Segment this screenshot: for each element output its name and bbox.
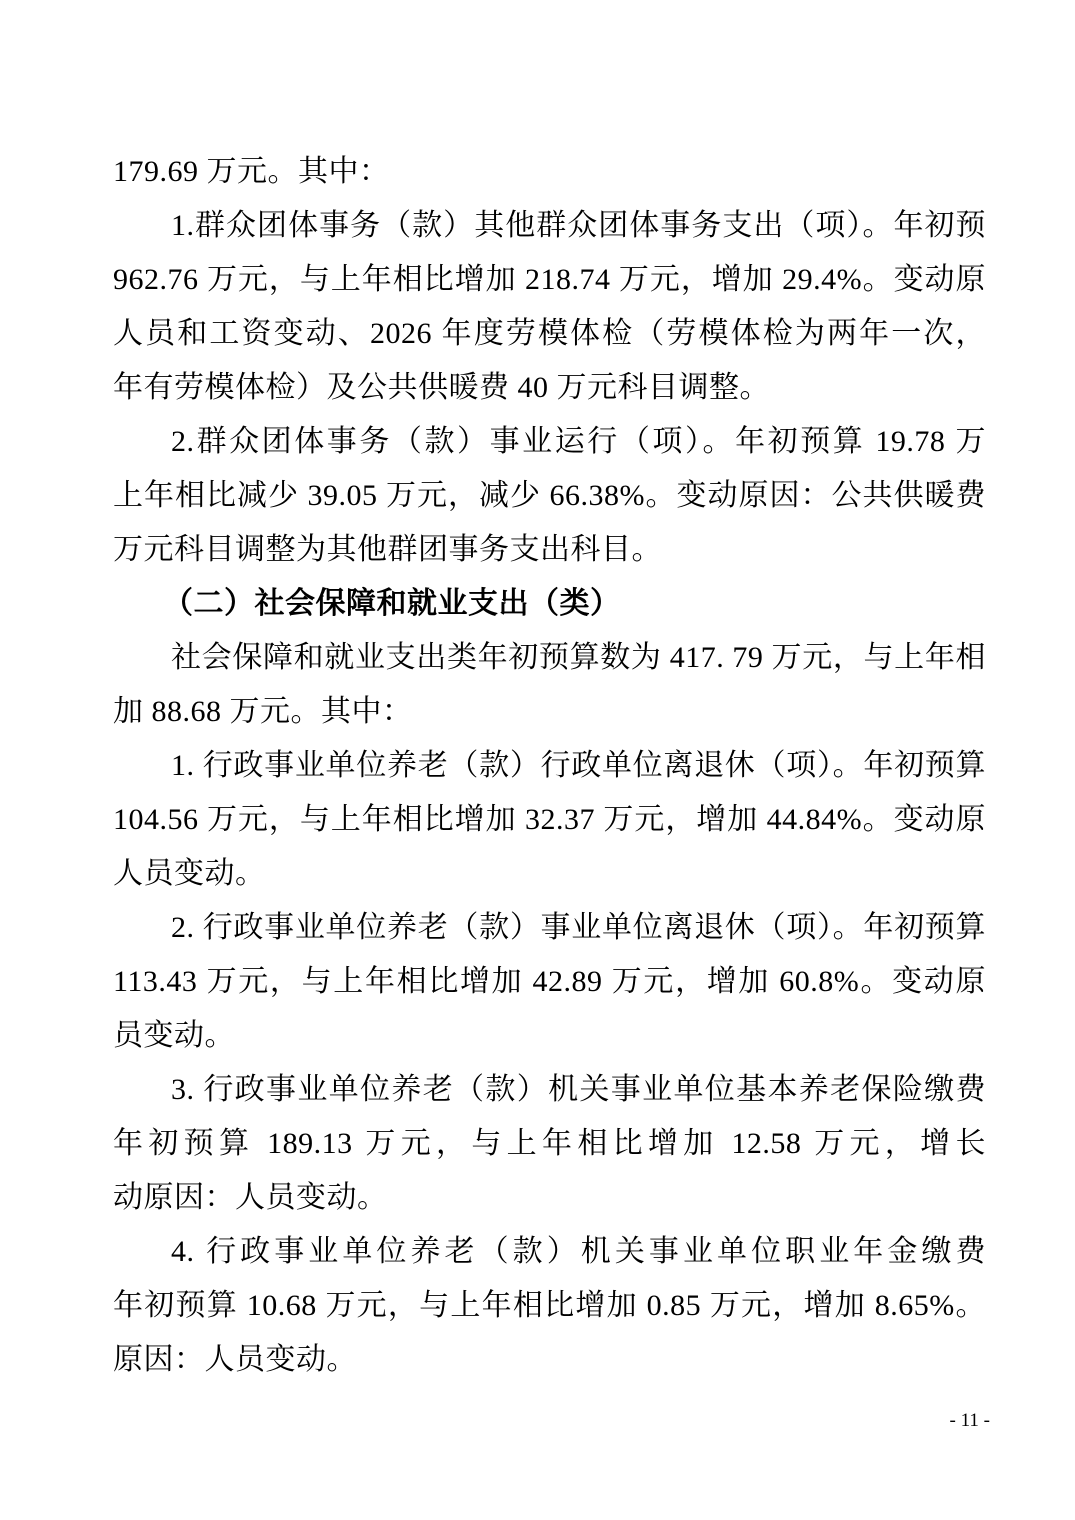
text-line: 万元科目调整为其他群团事务支出科目。 [113,523,986,577]
text-line: 104.56 万元，与上年相比增加 32.37 万元，增加 44.84%。变动原… [113,793,986,847]
page-number: - 11 - [950,1408,990,1434]
document-page: 179.69 万元。其中： 1.群众团体事务（款）其他群众团体事务支出（项）。年… [0,0,1075,1520]
text-line: 2.群众团体事务（款）事业运行（项）。年初预算 19.78 万元，与 [113,415,986,469]
text-line: 1. 行政事业单位养老（款）行政单位离退休（项）。年初预算 [113,739,986,793]
text-line: 加 88.68 万元。其中： [113,685,986,739]
section-heading: （二）社会保障和就业支出（类） [113,577,986,631]
text-line: 1.群众团体事务（款）其他群众团体事务支出（项）。年初预算 [113,199,986,253]
text-line: 人员变动。 [113,847,986,901]
text-line: 员变动。 [113,1009,986,1063]
text-line: 962.76 万元，与上年相比增加 218.74 万元，增加 29.4%。变动原… [113,253,986,307]
text-line: 113.43 万元，与上年相比增加 42.89 万元，增加 60.8%。变动原因… [113,955,986,1009]
text-line: 社会保障和就业支出类年初预算数为 417. 79 万元，与上年相比增 [113,631,986,685]
text-line: 年初预算 189.13 万元，与上年相比增加 12.58 万元，增长 7.13%… [113,1117,986,1171]
text-line: 3. 行政事业单位养老（款）机关事业单位基本养老保险缴费（项） [113,1063,986,1117]
text-line: 4. 行政事业单位养老（款）机关事业单位职业年金缴费（项）。 [113,1225,986,1279]
text-line: 人员和工资变动、2026 年度劳模体检（劳模体检为两年一次，2026 [113,307,986,361]
document-body: 179.69 万元。其中： 1.群众团体事务（款）其他群众团体事务支出（项）。年… [113,145,986,1387]
text-line: 动原因：人员变动。 [113,1171,986,1225]
text-line: 2. 行政事业单位养老（款）事业单位离退休（项）。年初预算 [113,901,986,955]
text-line: 年有劳模体检）及公共供暖费 40 万元科目调整。 [113,361,986,415]
text-line: 上年相比减少 39.05 万元，减少 66.38%。变动原因：公共供暖费 40 [113,469,986,523]
text-line: 年初预算 10.68 万元，与上年相比增加 0.85 万元，增加 8.65%。变… [113,1279,986,1333]
text-line: 179.69 万元。其中： [113,145,986,199]
text-line: 原因：人员变动。 [113,1333,986,1387]
